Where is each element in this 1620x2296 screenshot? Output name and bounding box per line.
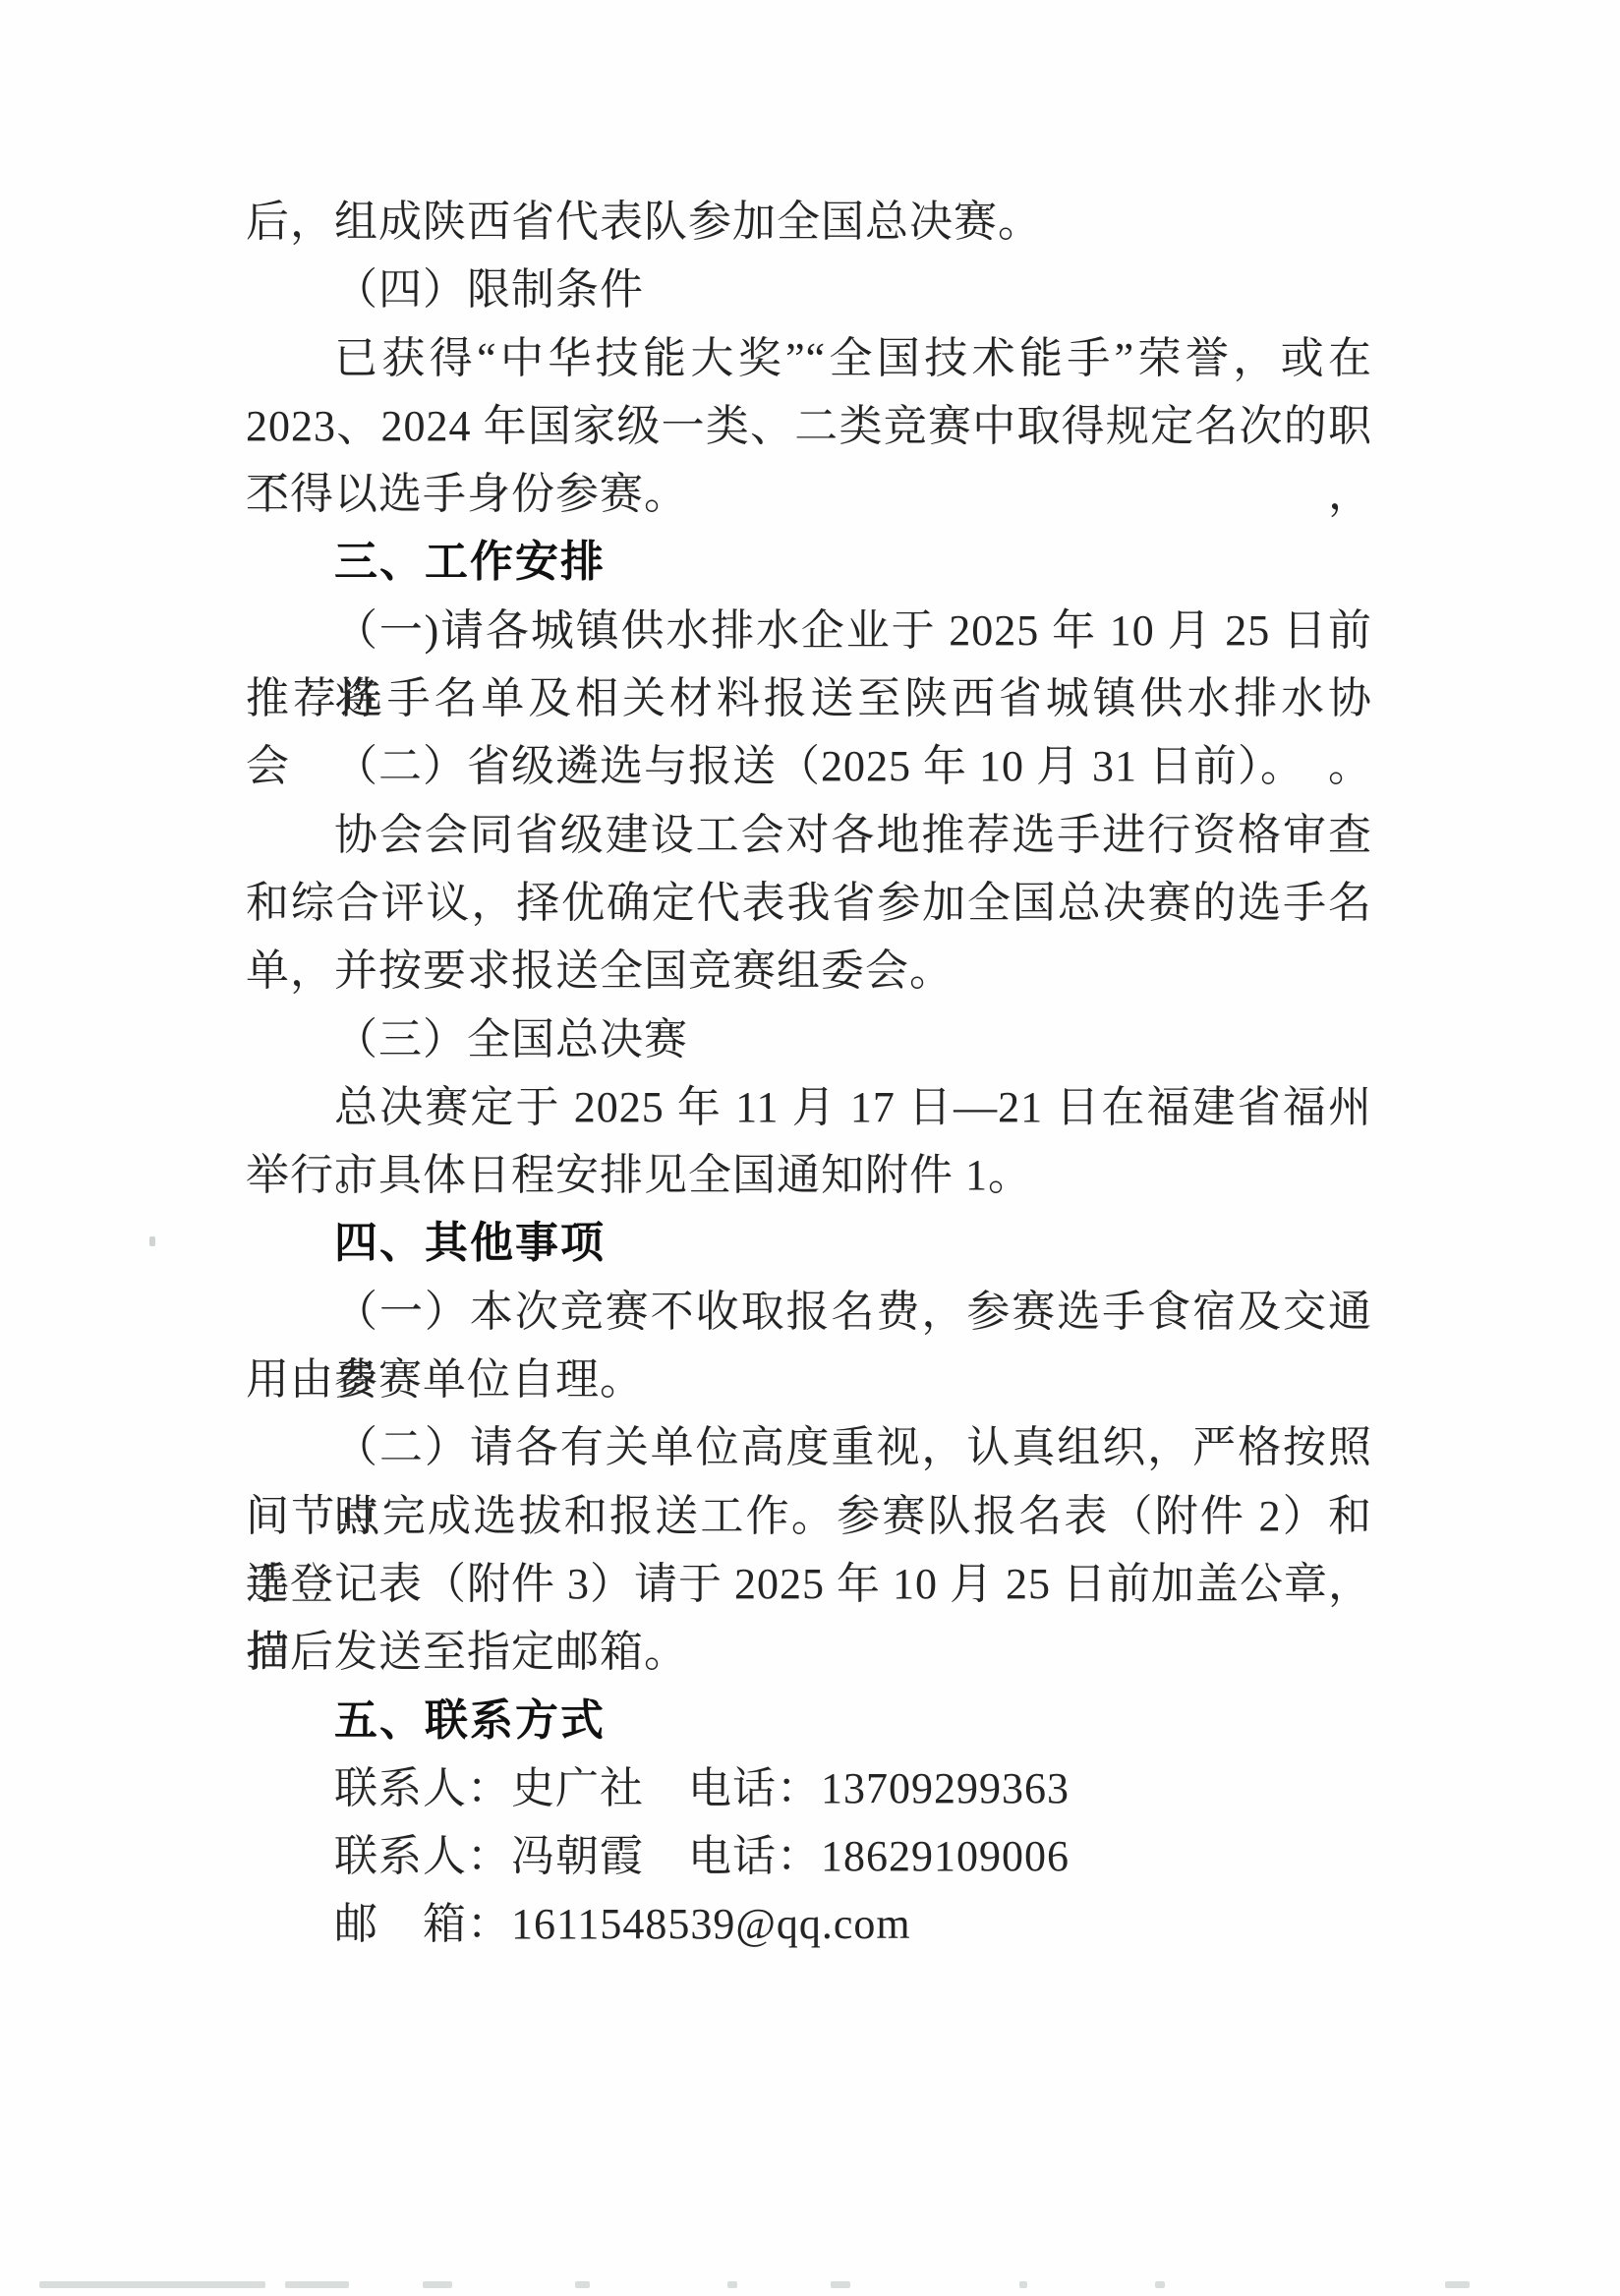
scan-artifact-mark <box>1445 2281 1470 2288</box>
scan-artifact-mark <box>285 2281 349 2288</box>
scan-artifact-mark <box>575 2281 590 2288</box>
scan-artifact-mark <box>39 2281 265 2288</box>
scan-artifact-layer <box>0 0 1620 2296</box>
scan-artifact-mark <box>727 2281 737 2288</box>
scan-artifact-mark <box>423 2281 452 2288</box>
scan-artifact-mark <box>1019 2281 1027 2288</box>
scan-artifact-mark <box>1155 2281 1165 2288</box>
scan-artifact-speck <box>149 1236 155 1246</box>
document-page: 后，组成陕西省代表队参加全国总决赛。（四）限制条件已获得“中华技能大奖”“全国技… <box>0 0 1620 2296</box>
scan-artifact-mark <box>831 2281 850 2288</box>
